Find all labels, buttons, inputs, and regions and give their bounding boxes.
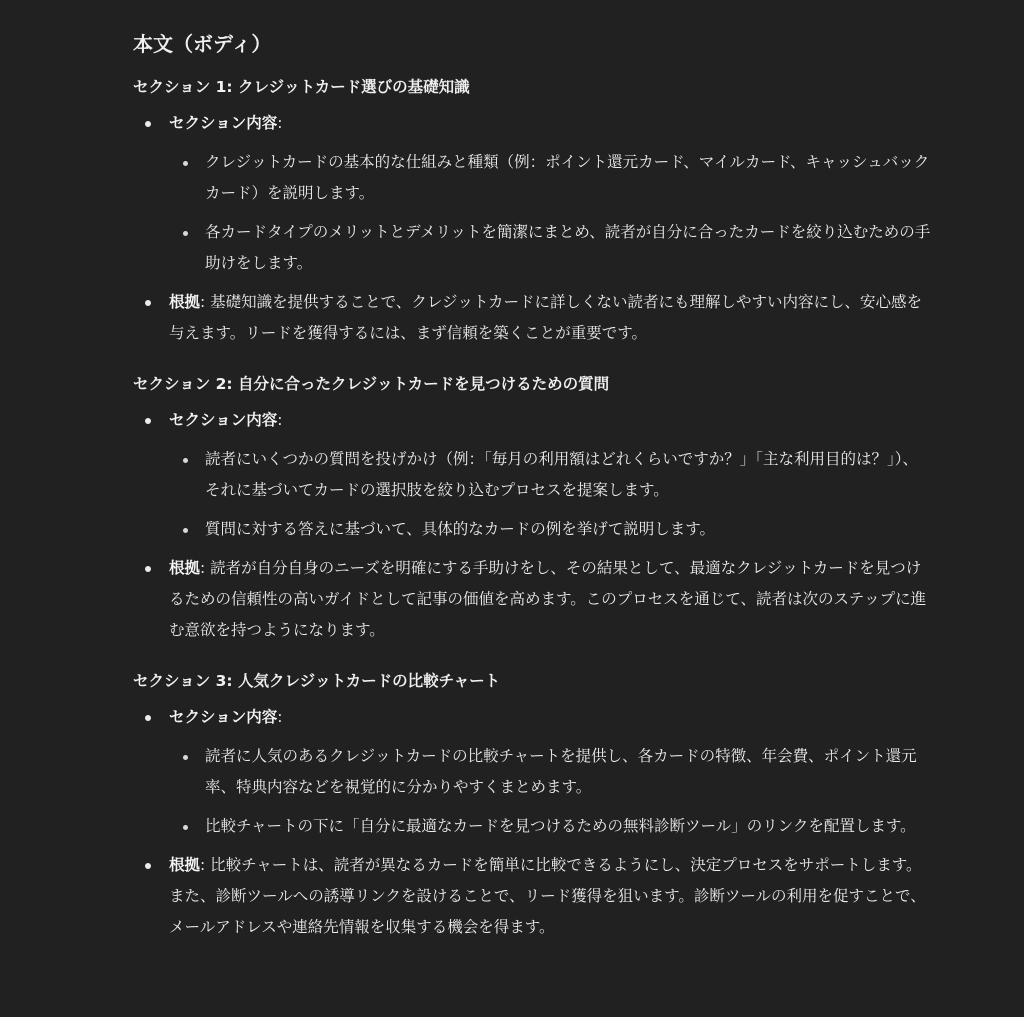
rationale-label: 根拠 — [169, 293, 200, 311]
colon: : — [200, 856, 210, 874]
document-title: 本文（ボディ） — [133, 28, 933, 60]
list-item: 各カードタイプのメリットとデメリットを簡潔にまとめ、読者が自分に合ったカードを絞… — [169, 217, 933, 279]
section-heading: セクション 2: 自分に合ったクレジットカードを見つけるための質問 — [133, 371, 933, 397]
content-label: セクション内容 — [169, 114, 277, 132]
section-list: セクション内容: 読者にいくつかの質問を投げかけ（例：「毎月の利用額はどれくらい… — [133, 405, 933, 646]
content-item: セクション内容: クレジットカードの基本的な仕組みと種類（例：ポイント還元カード… — [133, 108, 933, 279]
content-item: セクション内容: 読者に人気のあるクレジットカードの比較チャートを提供し、各カー… — [133, 702, 933, 842]
rationale-label: 根拠 — [169, 856, 200, 874]
colon: : — [277, 114, 282, 132]
section-2: セクション 2: 自分に合ったクレジットカードを見つけるための質問 セクション内… — [133, 371, 933, 646]
colon: : — [277, 411, 282, 429]
section-heading: セクション 3: 人気クレジットカードの比較チャート — [133, 668, 933, 694]
rationale-text: 比較チャートは、読者が異なるカードを簡単に比較できるようにし、決定プロセスをサポ… — [169, 856, 926, 936]
content-sublist: クレジットカードの基本的な仕組みと種類（例：ポイント還元カード、マイルカード、キ… — [169, 147, 933, 279]
rationale-label: 根拠 — [169, 559, 200, 577]
section-list: セクション内容: クレジットカードの基本的な仕組みと種類（例：ポイント還元カード… — [133, 108, 933, 349]
list-item: クレジットカードの基本的な仕組みと種類（例：ポイント還元カード、マイルカード、キ… — [169, 147, 933, 209]
content-label: セクション内容 — [169, 411, 277, 429]
section-heading: セクション 1: クレジットカード選びの基礎知識 — [133, 74, 933, 100]
list-item: 比較チャートの下に「自分に最適なカードを見つけるための無料診断ツール」のリンクを… — [169, 811, 933, 842]
content-item: セクション内容: 読者にいくつかの質問を投げかけ（例：「毎月の利用額はどれくらい… — [133, 405, 933, 545]
list-item: 読者に人気のあるクレジットカードの比較チャートを提供し、各カードの特徴、年会費、… — [169, 741, 933, 803]
rationale-item: 根拠: 基礎知識を提供することで、クレジットカードに詳しくない読者にも理解しやす… — [133, 287, 933, 349]
rationale-item: 根拠: 比較チャートは、読者が異なるカードを簡単に比較できるようにし、決定プロセ… — [133, 850, 933, 943]
section-3: セクション 3: 人気クレジットカードの比較チャート セクション内容: 読者に人… — [133, 668, 933, 943]
list-item: 読者にいくつかの質問を投げかけ（例：「毎月の利用額はどれくらいですか？」「主な利… — [169, 444, 933, 506]
list-item: 質問に対する答えに基づいて、具体的なカードの例を挙げて説明します。 — [169, 514, 933, 545]
content-label: セクション内容 — [169, 708, 277, 726]
rationale-text: 基礎知識を提供することで、クレジットカードに詳しくない読者にも理解しやすい内容に… — [169, 293, 922, 342]
colon: : — [277, 708, 282, 726]
colon: : — [200, 293, 210, 311]
rationale-text: 読者が自分自身のニーズを明確にする手助けをし、その結果として、最適なクレジットカ… — [169, 559, 926, 639]
rationale-item: 根拠: 読者が自分自身のニーズを明確にする手助けをし、その結果として、最適なクレ… — [133, 553, 933, 646]
section-list: セクション内容: 読者に人気のあるクレジットカードの比較チャートを提供し、各カー… — [133, 702, 933, 943]
colon: : — [200, 559, 210, 577]
document-body: 本文（ボディ） セクション 1: クレジットカード選びの基礎知識 セクション内容… — [133, 28, 933, 965]
content-sublist: 読者に人気のあるクレジットカードの比較チャートを提供し、各カードの特徴、年会費、… — [169, 741, 933, 842]
content-sublist: 読者にいくつかの質問を投げかけ（例：「毎月の利用額はどれくらいですか？」「主な利… — [169, 444, 933, 545]
section-1: セクション 1: クレジットカード選びの基礎知識 セクション内容: クレジットカ… — [133, 74, 933, 349]
